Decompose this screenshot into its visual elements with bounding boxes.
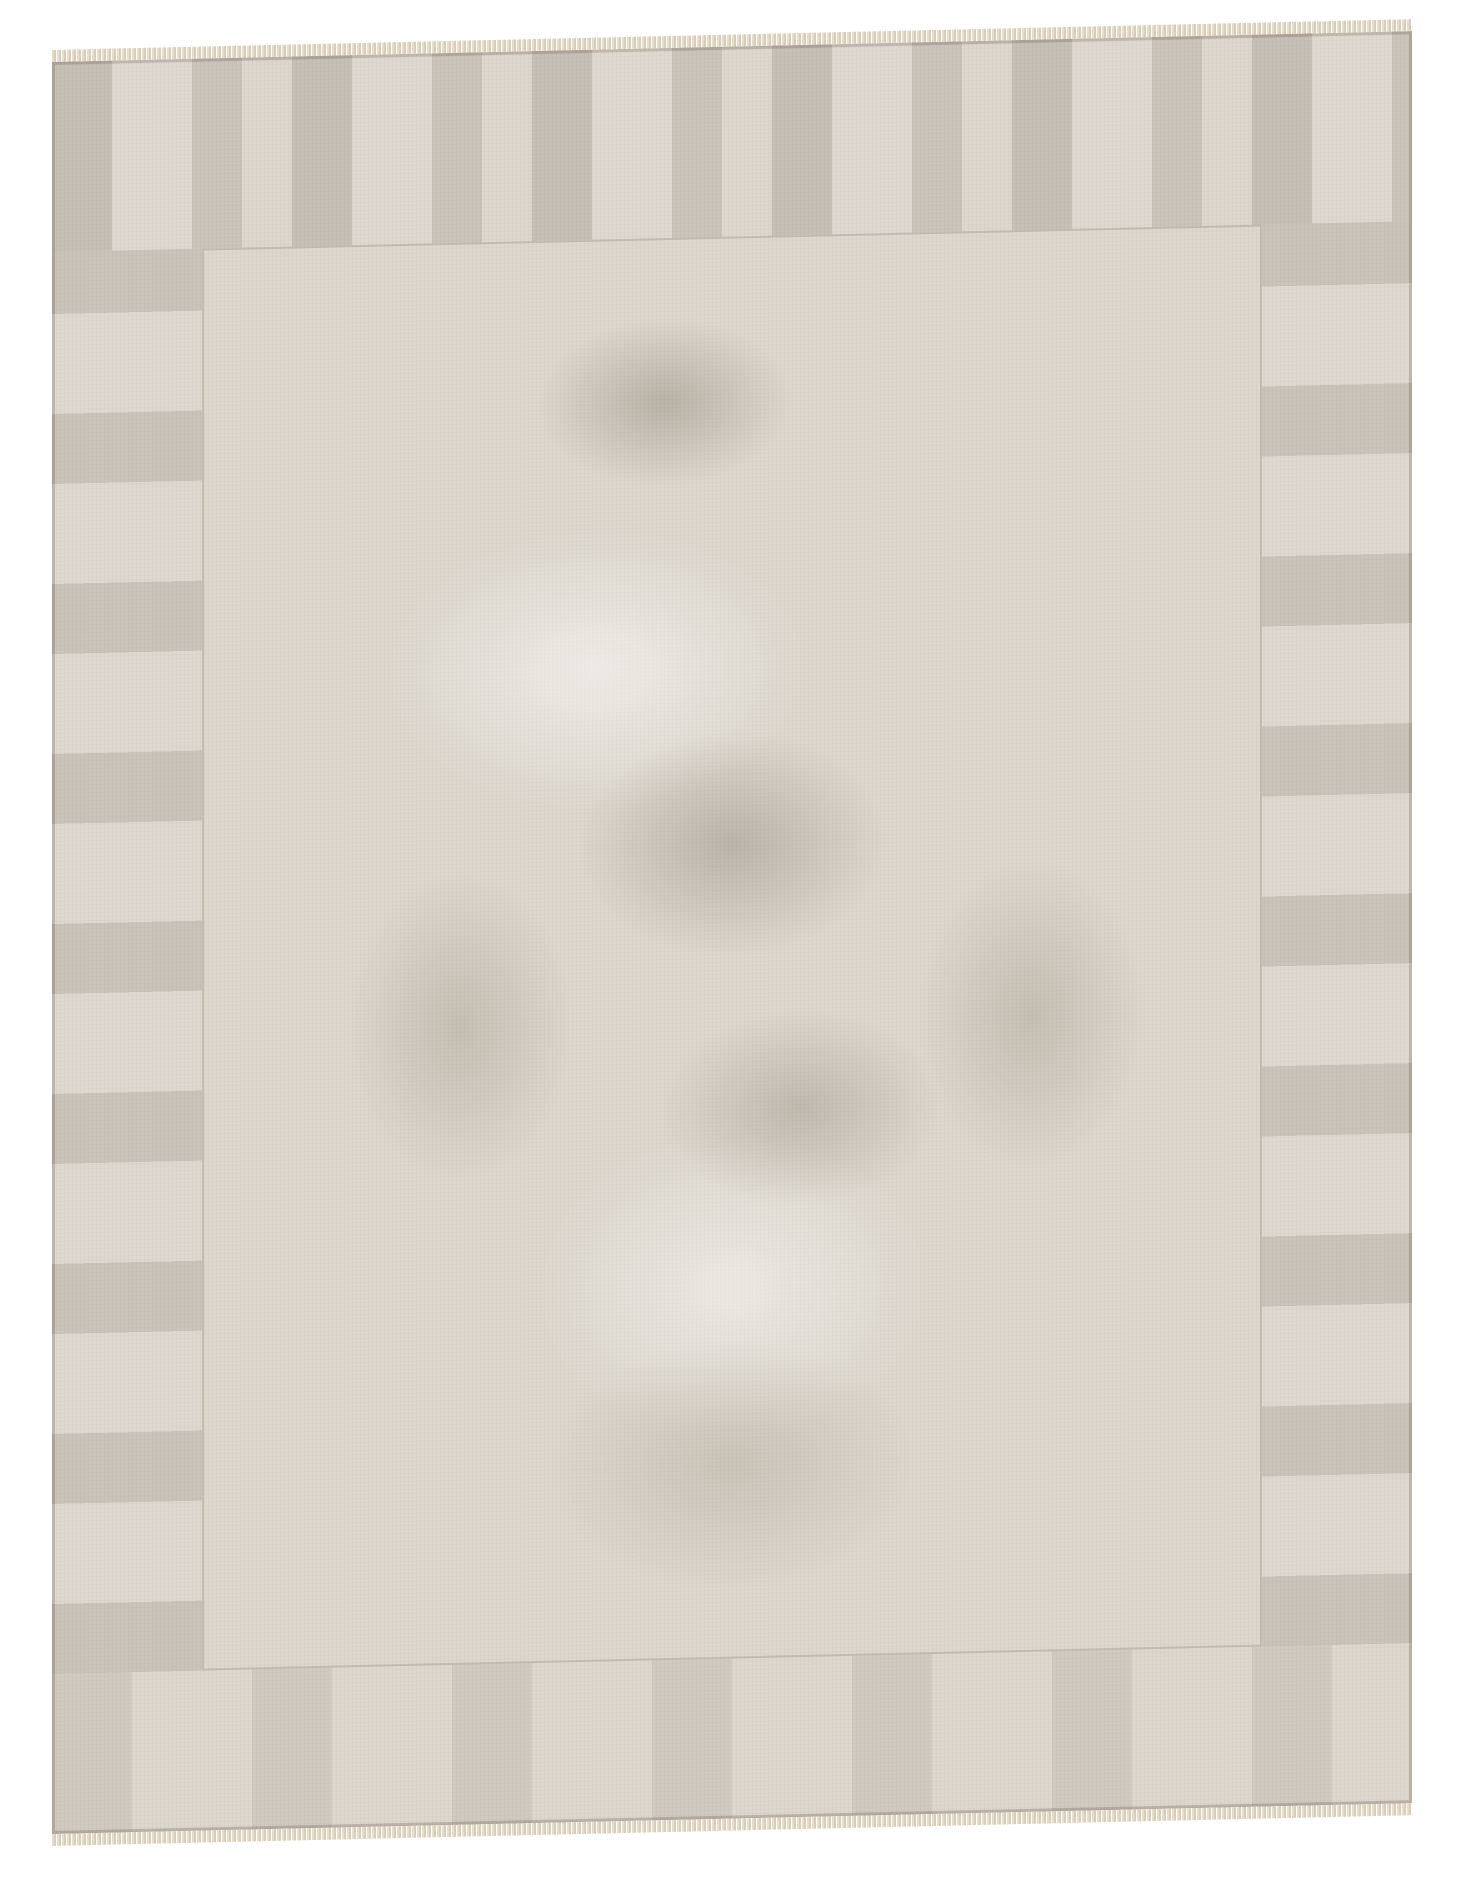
rug-border-top xyxy=(52,31,1412,252)
rug xyxy=(52,31,1412,1834)
rug-border-bottom xyxy=(52,1643,1412,1834)
rug-border-left xyxy=(52,249,202,1674)
rug-border-right xyxy=(1262,221,1412,1646)
rug-field-medallion xyxy=(202,225,1262,1671)
